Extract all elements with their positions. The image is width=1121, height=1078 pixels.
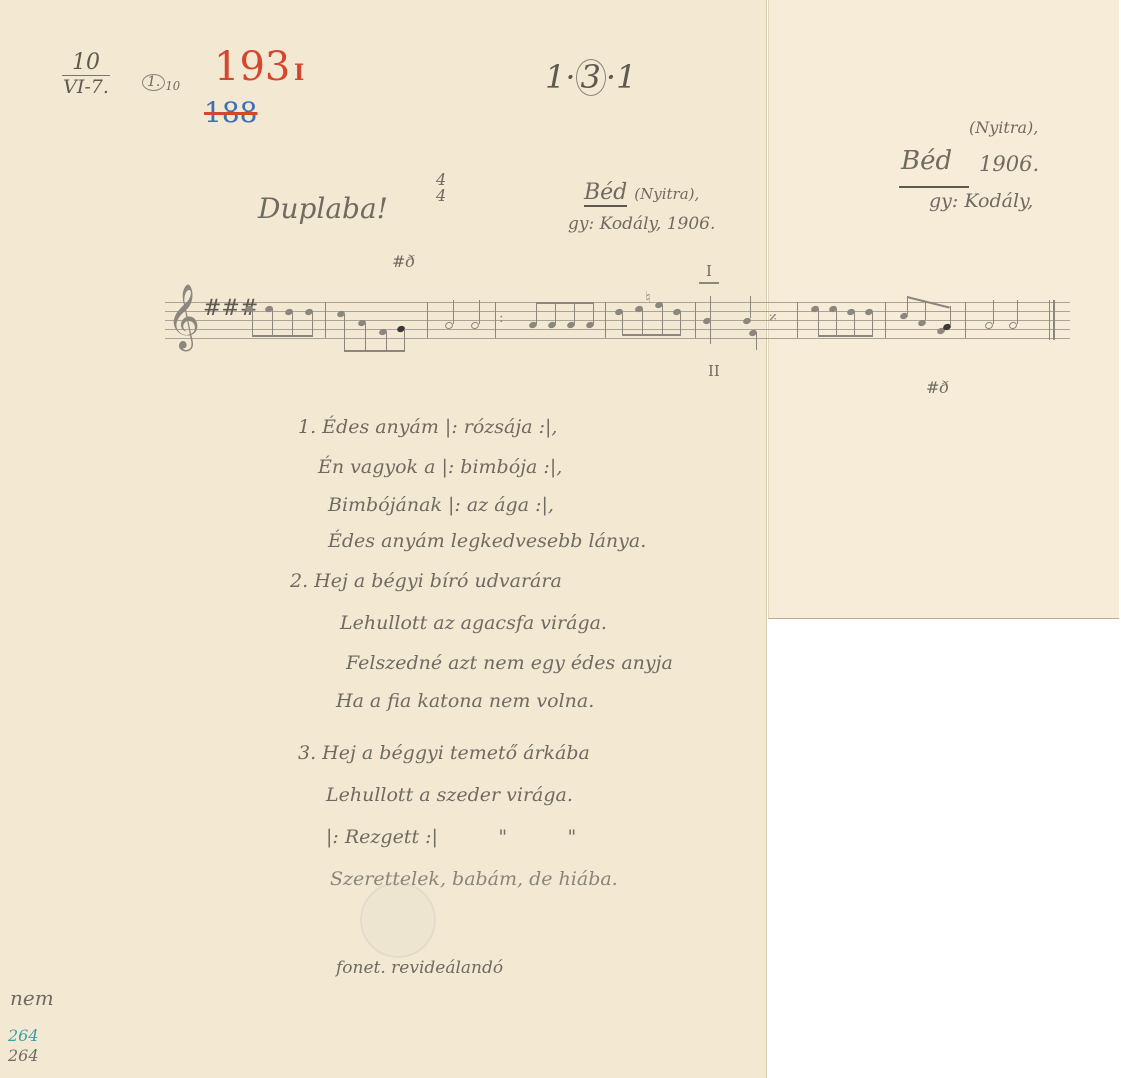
source-place-line: Béd (Nyitra), [584,180,699,205]
verse3-line2: Lehullott a szeder virága. [326,784,573,806]
verse2-line1: 2. Hej a bégyi bíró udvarára [290,570,562,592]
natural-sign-icon: ♮ [645,288,651,307]
verse1-line4: Édes anyám legkedvesebb lánya. [328,530,646,552]
slip-region: (Nyitra), [969,118,1038,137]
margin-number-teal: 264 [8,1026,39,1045]
circled-reference: 1.10 [142,74,180,93]
fraction-bottom: VI-7. [63,76,109,98]
margin-number-pencil: 264 [8,1046,39,1065]
main-manuscript-sheet: 10 VI-7. 1.10 193 I 188 1·3·1 Duplaba! 4… [0,0,766,1078]
song-title: Duplaba! [258,192,388,225]
repeat-end-sign: 𝄎 [769,308,777,328]
faint-archive-stamp [360,882,436,958]
verse1-line3: Bimbójának |: az ága :|, [328,494,554,516]
time-signature: 4 4 [436,172,446,204]
verse3-line3: |: Rezgett :| " " [326,826,576,848]
footnote: fonet. revideálandó [336,958,503,978]
source-collector: gy: Kodály, 1906. [568,214,715,234]
verse3-line1: 3. Hej a béggyi temető árkába [298,742,590,764]
circled-ref-sub: 10 [165,79,180,93]
music-staff: 𝄞 ### : ♮ 𝄎 [165,296,1070,356]
top-center-reference: 1·3·1 [545,58,636,96]
crossed-out-number: 188 [204,96,257,129]
repeat-start-sign: : [499,310,504,326]
red-catalog-number: 193 [214,44,290,90]
fraction-top: 10 [62,50,110,76]
verse1-line1-text: 1. Édes anyám |: rózsája :|, [298,416,557,438]
source-place: Béd [584,180,627,207]
red-roman-numeral: I [294,60,304,86]
slip-collector: gy: Kodály, [929,190,1033,212]
margin-note-nem: nem [10,986,54,1010]
ref-part-1: 1· [545,58,576,96]
slip-place: Béd [901,146,952,176]
slip-year: 1906. [979,152,1039,176]
volta-two-label: II [708,362,720,380]
verse2-line4: Ha a fia katona nem volna. [336,690,594,712]
verse2-line2: Lehullott az agacsfa virága. [340,612,607,634]
annotation-below-staff: #ð [926,378,949,397]
circled-ref-number: 1. [142,74,165,91]
volta-one-label: I [706,262,712,280]
ref-part-circled: 3 [576,59,606,96]
annotation-above-staff: #ð [392,252,415,271]
time-sig-bottom: 4 [436,188,446,204]
source-region: (Nyitra), [634,185,699,203]
verse2-line3: Felszedné azt nem egy édes anyja [346,652,673,674]
verse3-line4: Szerettelek, babám, de hiába. [330,868,618,890]
verse1-line2: Én vagyok a |: bimbója :|, [318,456,562,478]
treble-clef-icon: 𝄞 [167,284,200,350]
ref-part-3: ·1 [606,58,637,96]
slip-underline [899,186,969,188]
catalog-fraction: 10 VI-7. [62,50,110,98]
